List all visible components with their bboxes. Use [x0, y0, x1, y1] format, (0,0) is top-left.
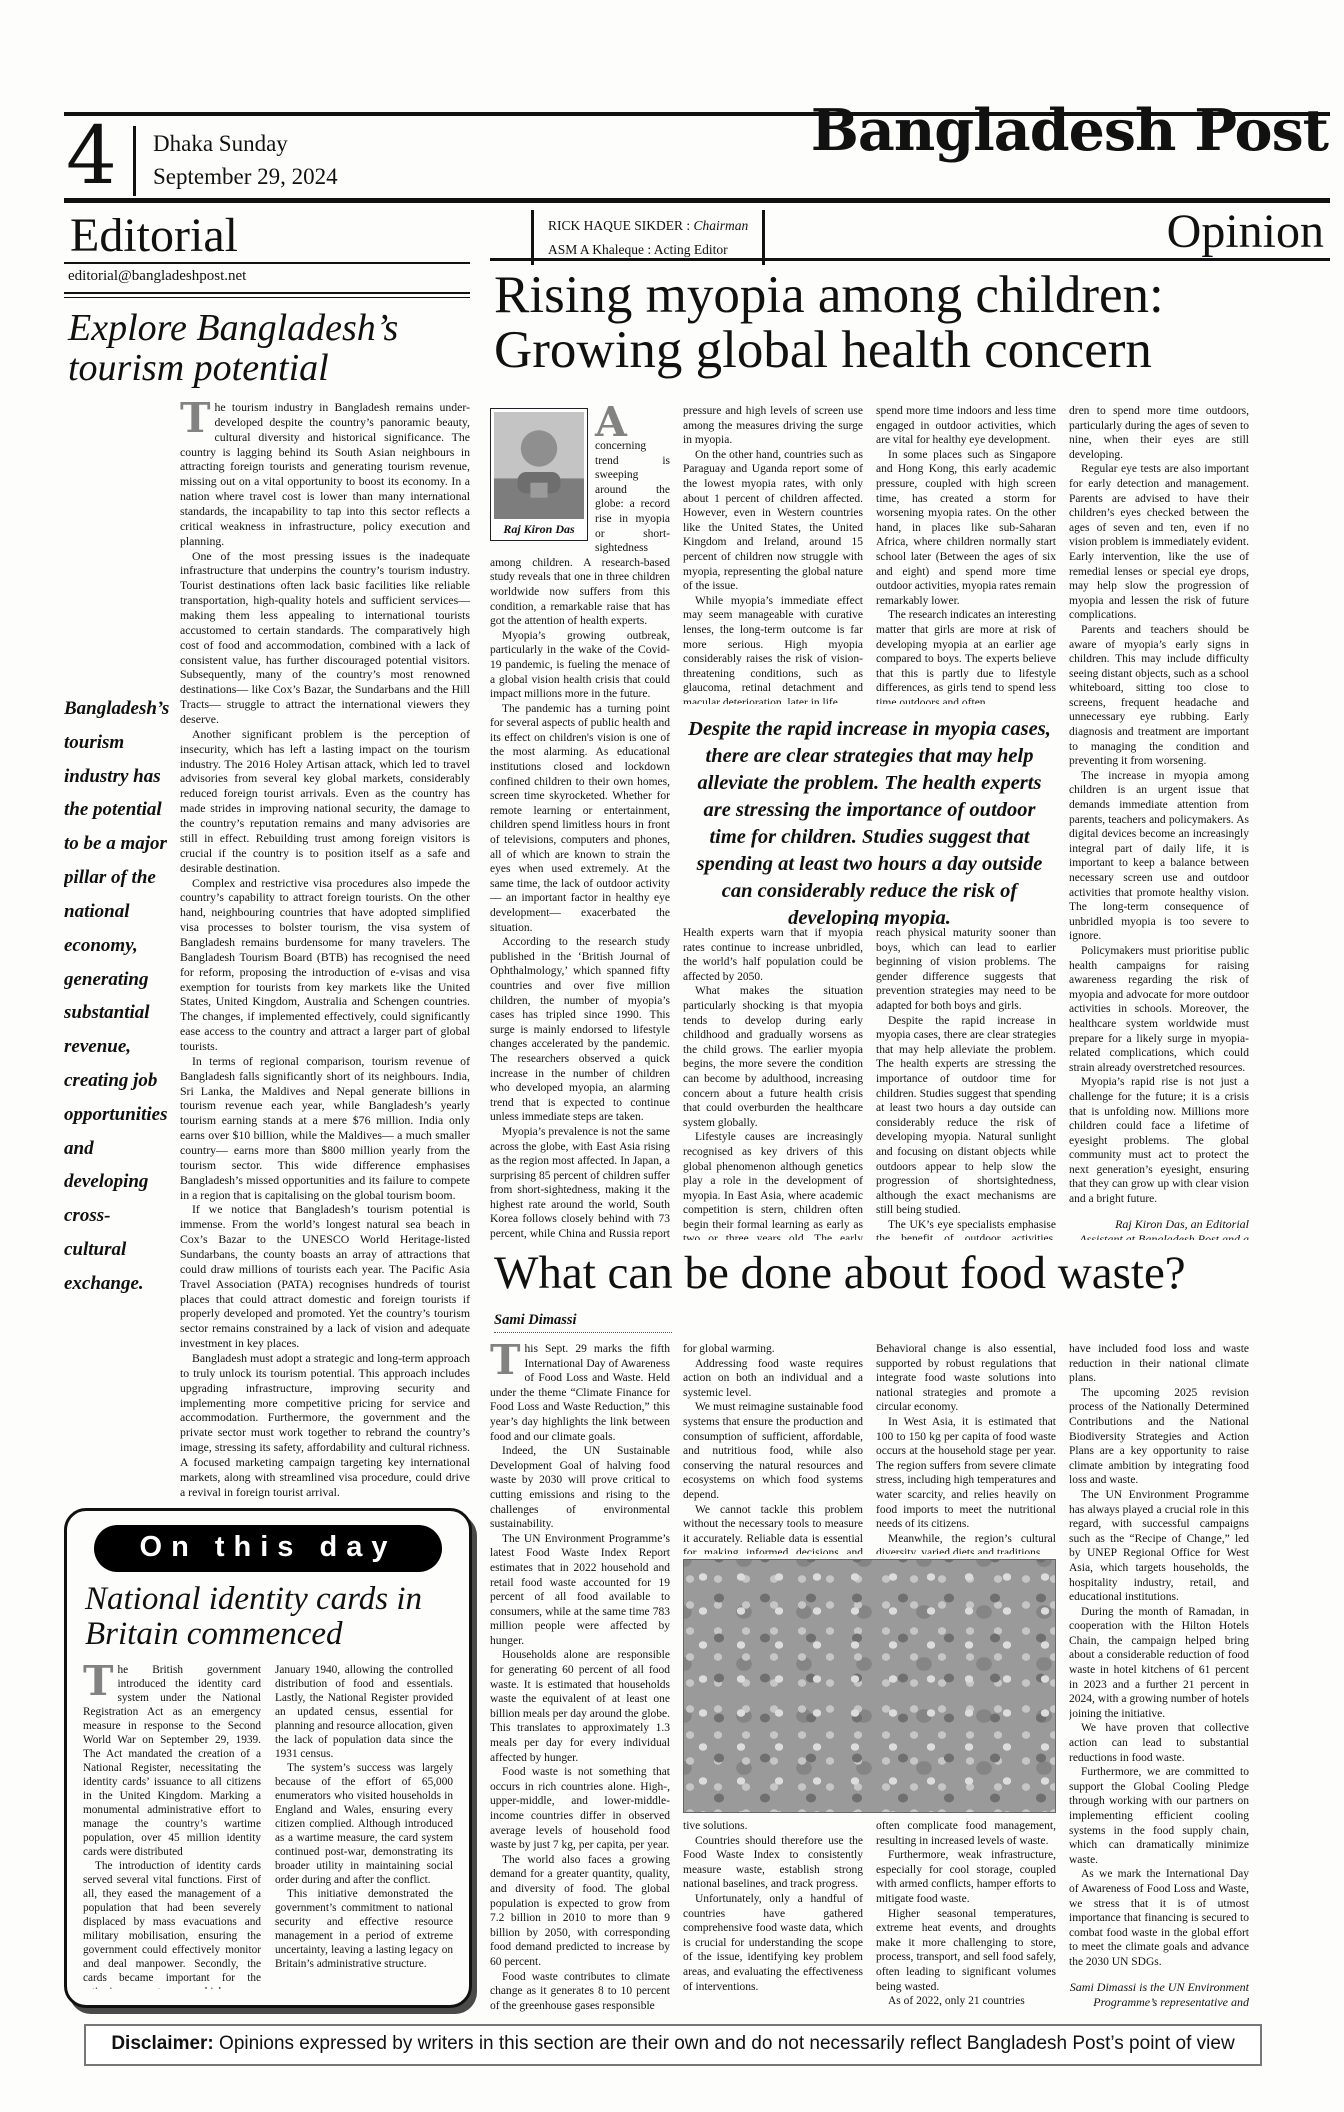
paragraph: Lifestyle causes are increasingly recogn…: [683, 1130, 863, 1240]
food-column-4-text: have included food loss and waste reduct…: [1069, 1342, 1249, 1970]
editor-name: ASM A Khaleque: [548, 242, 644, 257]
paragraph: We have proven that collective action ca…: [1069, 1721, 1249, 1765]
paragraph: In some places such as Singapore and Hon…: [876, 448, 1056, 609]
myopia-headline-line2: Growing global health concern: [494, 323, 1330, 378]
divider: [64, 198, 1330, 203]
disclaimer-label: Disclaimer:: [111, 2033, 213, 2054]
disclaimer-bar: Disclaimer: Opinions expressed by writer…: [84, 2024, 1262, 2066]
paragraph: The UK’s eye specialists emphasise the b…: [876, 1218, 1056, 1240]
paragraph: Parents and teachers should be aware of …: [1069, 623, 1249, 769]
paragraph: The upcoming 2025 revision process of th…: [1069, 1386, 1249, 1488]
paragraph: According to the research study publishe…: [490, 935, 670, 1125]
food-byline: Sami Dimassi: [494, 1312, 672, 1333]
on-this-day-columns: The British government introduced the id…: [83, 1663, 453, 1989]
author-photo: [494, 412, 584, 519]
editorial-pull-quote: Bangladesh’s tourism industry has the po…: [64, 400, 170, 1500]
food-column-3-top: Behavioral change is also essential, sup…: [876, 1342, 1056, 1554]
myopia-column-2-top: pressure and high levels of screen use a…: [683, 404, 863, 704]
myopia-column-4-text: dren to spend more time outdoors, partic…: [1069, 404, 1249, 1207]
divider: [133, 126, 136, 196]
paragraph: What makes the situation particularly sh…: [683, 984, 863, 1130]
food-column-4: have included food loss and waste reduct…: [1069, 1342, 1249, 2012]
paragraph: Households alone are responsible for gen…: [490, 1648, 670, 1765]
food-pair-top: for global warming.Addressing food waste…: [683, 1342, 1056, 1554]
paragraph: The system’s success was largely because…: [275, 1761, 453, 1887]
paragraph: On the other hand, countries such as Par…: [683, 448, 863, 594]
paragraph: If we notice that Bangladesh’s tourism p…: [180, 1202, 470, 1351]
myopia-column-4: dren to spend more time outdoors, partic…: [1069, 404, 1249, 1240]
paragraph: Indeed, the UN Sustainable Development G…: [490, 1444, 670, 1532]
paragraph: The increase in myopia among children is…: [1069, 769, 1249, 944]
food-waste-photo: [683, 1559, 1056, 1813]
paragraph: In West Asia, it is estimated that 100 t…: [876, 1415, 1056, 1532]
myopia-article: Raj Kiron Das A concerning trend is swee…: [490, 404, 1260, 1240]
myopia-column-3-bottom: reach physical maturity sooner than boys…: [876, 926, 1056, 1240]
chairman-line: RICK HAQUE SIKDER : Chairman: [548, 214, 748, 238]
paragraph: This initiative demonstrated the governm…: [275, 1887, 453, 1971]
myopia-headline-line1: Rising myopia among children:: [494, 268, 1330, 323]
paragraph: have included food loss and waste reduct…: [1069, 1342, 1249, 1386]
paragraph: Health experts warn that if myopia rates…: [683, 926, 863, 984]
paragraph: pressure and high levels of screen use a…: [683, 404, 863, 448]
paragraph: Higher seasonal temperatures, extreme he…: [876, 1907, 1056, 1995]
paragraph: spend more time indoors and less time en…: [876, 404, 1056, 448]
on-this-day-column-2: January 1940, allowing the controlled di…: [275, 1663, 453, 1989]
dateline-date: September 29, 2024: [153, 161, 338, 194]
myopia-center-pair: pressure and high levels of screen use a…: [683, 404, 1056, 1240]
paragraph: The British government introduced the id…: [83, 1663, 261, 1859]
chairman-name: RICK HAQUE SIKDER: [548, 218, 683, 233]
editorial-headline: Explore Bangladesh’s tourism potential: [68, 308, 468, 389]
paragraph: for global warming.: [683, 1342, 863, 1357]
paragraph: often complicate food management, result…: [876, 1819, 1056, 1848]
paragraph: Unfortunately, only a handful of countri…: [683, 1892, 863, 1994]
paragraph: During the month of Ramadan, in cooperat…: [1069, 1605, 1249, 1722]
paragraph: January 1940, allowing the controlled di…: [275, 1663, 453, 1761]
myopia-headline: Rising myopia among children: Growing gl…: [494, 268, 1330, 378]
author-photo-caption: Raj Kiron Das: [494, 519, 584, 537]
paragraph: Countries should therefore use the Food …: [683, 1834, 863, 1892]
dateline-city: Dhaka Sunday: [153, 128, 338, 161]
paragraph: reach physical maturity sooner than boys…: [876, 926, 1056, 1014]
paragraph: The research indicates an interesting ma…: [876, 608, 1056, 704]
on-this-day-headline: National identity cards in Britain comme…: [85, 1582, 451, 1653]
paragraph: Policymakers must prioritise public heal…: [1069, 944, 1249, 1075]
chairman-role: Chairman: [694, 218, 749, 233]
food-pair-bottom: tive solutions.Countries should therefor…: [683, 1819, 1056, 2012]
editorial-article: Bangladesh’s tourism industry has the po…: [64, 400, 470, 1500]
editorial-email: editorial@bangladeshpost.net: [68, 268, 246, 285]
paragraph: Despite the rapid increase in myopia cas…: [876, 1014, 1056, 1218]
editor-box: RICK HAQUE SIKDER : Chairman ASM A Khale…: [531, 210, 765, 265]
food-bio-text: Sami Dimassi is the UN Environment Progr…: [1069, 1980, 1249, 2012]
paragraph: We must reimagine sustainable food syste…: [683, 1400, 863, 1502]
food-column-2-top: for global warming.Addressing food waste…: [683, 1342, 863, 1554]
divider: [490, 258, 1330, 261]
food-center-pair: for global warming.Addressing food waste…: [683, 1342, 1056, 2012]
masthead: Bangladesh Post: [811, 102, 1328, 159]
paragraph: Food waste contributes to climate change…: [490, 1970, 670, 2012]
paragraph: One of the most pressing issues is the i…: [180, 549, 470, 727]
paragraph: The tourism industry in Bangladesh remai…: [180, 400, 470, 549]
separator: :: [686, 218, 690, 233]
paragraph: The world also faces a growing demand fo…: [490, 1853, 670, 1970]
myopia-pair-top: pressure and high levels of screen use a…: [683, 404, 1056, 704]
paragraph: The UN Environment Programme’s latest Fo…: [490, 1532, 670, 1649]
myopia-column-2-bottom: Health experts warn that if myopia rates…: [683, 926, 863, 1240]
paragraph: Regular eye tests are also important for…: [1069, 462, 1249, 623]
on-this-day-box: On this day National identity cards in B…: [64, 1508, 472, 2008]
food-article: This Sept. 29 marks the fifth Internatio…: [490, 1342, 1260, 2012]
paragraph: Furthermore, weak infrastructure, especi…: [876, 1848, 1056, 1906]
paragraph: The pandemic has a turning point for sev…: [490, 702, 670, 936]
on-this-day-badge: On this day: [94, 1525, 442, 1572]
paragraph: Addressing food waste requires action on…: [683, 1357, 863, 1401]
myopia-pull-quote: Despite the rapid increase in myopia cas…: [683, 704, 1056, 926]
paragraph: Food waste is not something that occurs …: [490, 1765, 670, 1853]
section-title-opinion: Opinion: [1167, 208, 1324, 256]
paragraph: The introduction of identity cards serve…: [83, 1859, 261, 1989]
newspaper-page: 4 Dhaka Sunday September 29, 2024 Bangla…: [0, 0, 1344, 2112]
paragraph: dren to spend more time outdoors, partic…: [1069, 404, 1249, 462]
editorial-body: The tourism industry in Bangladesh remai…: [180, 400, 470, 1500]
paragraph: Complex and restrictive visa procedures …: [180, 876, 470, 1054]
divider: [64, 292, 470, 294]
dateline: Dhaka Sunday September 29, 2024: [153, 128, 338, 193]
section-title-editorial: Editorial: [70, 212, 238, 260]
disclaimer-text: Opinions expressed by writers in this se…: [214, 2033, 1235, 2054]
myopia-column-3-top: spend more time indoors and less time en…: [876, 404, 1056, 704]
myopia-pair-bottom: Health experts warn that if myopia rates…: [683, 926, 1056, 1240]
editor-role: Acting Editor: [654, 242, 728, 257]
food-column-3-bottom: often complicate food management, result…: [876, 1819, 1056, 2012]
paragraph: Myopia’s rapid rise is not just a challe…: [1069, 1075, 1249, 1206]
food-headline: What can be done about food waste?: [494, 1250, 1330, 1297]
paragraph: tive solutions.: [683, 1819, 863, 1834]
paragraph: Furthermore, we are committed to support…: [1069, 1765, 1249, 1867]
myopia-author-bio: Raj Kiron Das, an Editorial Assistant at…: [1069, 1217, 1249, 1240]
paragraph: While myopia’s immediate effect may seem…: [683, 594, 863, 704]
paragraph: Another significant problem is the perce…: [180, 727, 470, 876]
paragraph: Meanwhile, the region’s cultural diversi…: [876, 1532, 1056, 1554]
paragraph: In terms of regional comparison, tourism…: [180, 1054, 470, 1203]
on-this-day-column-1: The British government introduced the id…: [83, 1663, 261, 1989]
author-photo-box: Raj Kiron Das: [490, 408, 588, 541]
paragraph: Myopia’s prevalence is not the same acro…: [490, 1125, 670, 1240]
paragraph: As we mark the International Day of Awar…: [1069, 1867, 1249, 1969]
separator: :: [647, 242, 651, 257]
page-number: 4: [66, 116, 117, 196]
paragraph: Bangladesh must adopt a strategic and lo…: [180, 1351, 470, 1500]
myopia-column-1: Raj Kiron Das A concerning trend is swee…: [490, 404, 670, 1240]
paragraph: This Sept. 29 marks the fifth Internatio…: [490, 1342, 670, 1444]
divider: [64, 297, 470, 298]
food-author-bio: Sami Dimassi is the UN Environment Progr…: [1069, 1980, 1249, 2012]
paragraph: Behavioral change is also essential, sup…: [876, 1342, 1056, 1415]
paragraph: The UN Environment Programme has always …: [1069, 1488, 1249, 1605]
paragraph: As of 2022, only 21 countries: [876, 1994, 1056, 2009]
divider: [64, 262, 470, 264]
paragraph: Myopia’s growing outbreak, particularly …: [490, 629, 670, 702]
food-column-1: This Sept. 29 marks the fifth Internatio…: [490, 1342, 670, 2012]
food-column-2-bottom: tive solutions.Countries should therefor…: [683, 1819, 863, 2012]
paragraph: We cannot tackle this problem without th…: [683, 1503, 863, 1554]
